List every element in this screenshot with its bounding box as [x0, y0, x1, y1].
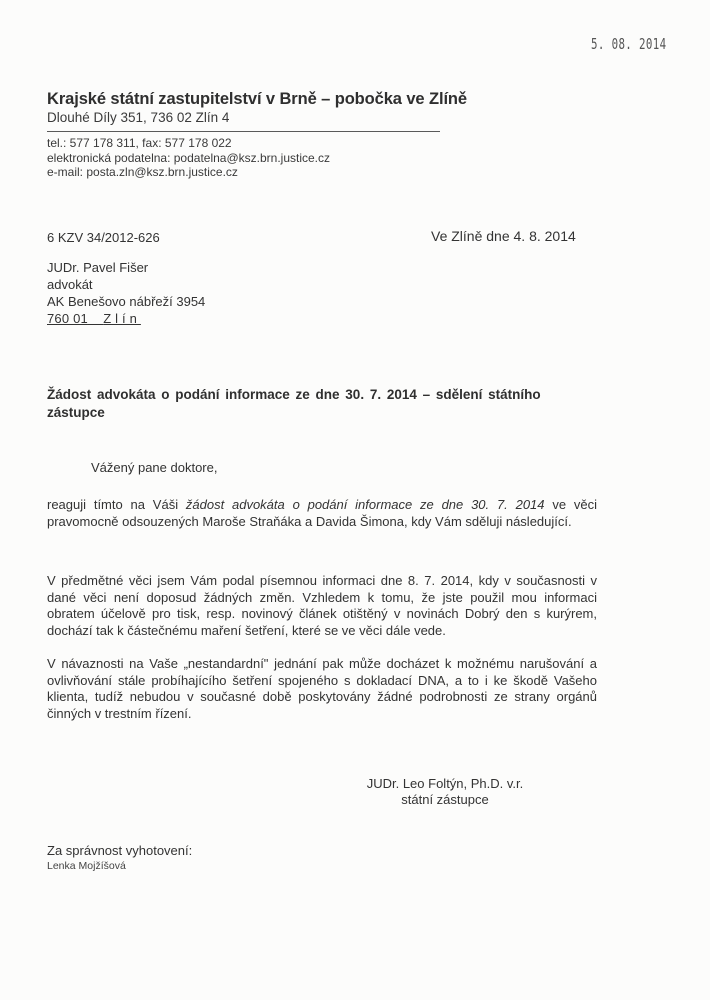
- place-and-date: Ve Zlíně dne 4. 8. 2014: [431, 228, 576, 244]
- receipt-date-stamp: 5. 08. 2014: [591, 35, 666, 53]
- letterhead-address: Dlouhé Díly 351, 736 02 Zlín 4: [47, 110, 229, 125]
- letterhead-contacts: tel.: 577 178 311, fax: 577 178 022 elek…: [47, 136, 330, 180]
- recipient-name: JUDr. Pavel Fišer: [47, 259, 205, 276]
- body-paragraph-1-lead: reaguji tímto na Váši: [47, 497, 186, 512]
- recipient-postcode: 760 01: [47, 311, 88, 326]
- recipient-city: Zlín: [103, 311, 141, 326]
- salutation: Vážený pane doktore,: [91, 460, 217, 475]
- letterhead-divider: [47, 131, 440, 132]
- letterhead-e-filing: elektronická podatelna: podatelna@ksz.br…: [47, 151, 330, 166]
- reference-number: 6 KZV 34/2012-626: [47, 230, 160, 245]
- letterhead-email: e-mail: posta.zln@ksz.brn.justice.cz: [47, 165, 330, 180]
- certification-label: Za správnost vyhotovení:: [47, 843, 192, 858]
- signer-title: státní zástupce: [355, 792, 535, 808]
- recipient-address: AK Benešovo nábřeží 3954: [47, 293, 205, 310]
- letterhead-phone-fax: tel.: 577 178 311, fax: 577 178 022: [47, 136, 330, 151]
- recipient-block: JUDr. Pavel Fišer advokát AK Benešovo ná…: [47, 259, 205, 327]
- certification-name: Lenka Mojžíšová: [47, 860, 126, 872]
- letter-page: 5. 08. 2014 Krajské státní zastupitelstv…: [0, 0, 710, 1000]
- body-paragraph-1: reaguji tímto na Váši žádost advokáta o …: [47, 497, 597, 530]
- recipient-role: advokát: [47, 276, 205, 293]
- signature-block: JUDr. Leo Foltýn, Ph.D. v.r. státní zást…: [355, 776, 535, 808]
- body-paragraph-3: V návaznosti na Vaše „nestandardní" jedn…: [47, 656, 597, 722]
- letter-subject: Žádost advokáta o podání informace ze dn…: [47, 386, 577, 422]
- body-paragraph-1-quoted-request: žádost advokáta o podání informace ze dn…: [186, 497, 545, 512]
- letterhead-organization: Krajské státní zastupitelství v Brně – p…: [47, 90, 467, 109]
- body-paragraph-2: V předmětné věci jsem Vám podal písemnou…: [47, 573, 597, 639]
- recipient-postcode-city: 760 01 Zlín: [47, 310, 205, 327]
- signer-name: JUDr. Leo Foltýn, Ph.D. v.r.: [355, 776, 535, 792]
